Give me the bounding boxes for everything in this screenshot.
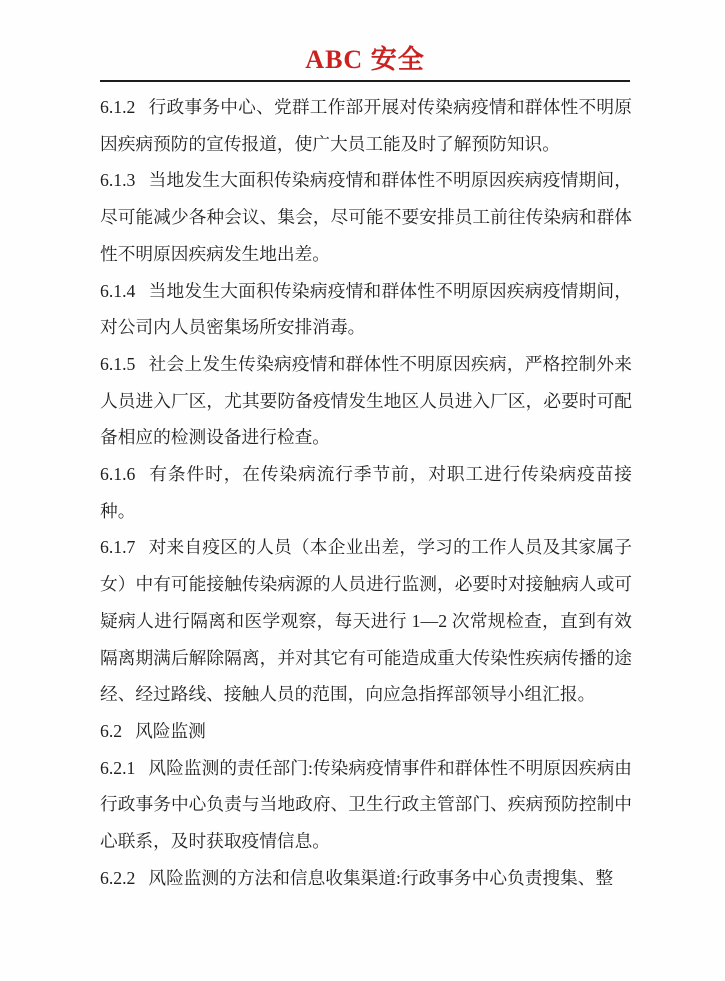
document-header: ABC 安全 bbox=[100, 0, 630, 75]
paragraph-number: 6.1.6 bbox=[100, 464, 135, 484]
paragraph-number: 6.1.4 bbox=[100, 281, 135, 301]
paragraph-6-1-5: 6.1.5社会上发生传染病疫情和群体性不明原因疾病，严格控制外来人员进入厂区，尤… bbox=[100, 346, 632, 456]
document-page: ABC 安全 6.1.2行政事务中心、党群工作部开展对传染病疫情和群体性不明原因… bbox=[0, 0, 725, 981]
section-heading-6-2: 6.2风险监测 bbox=[100, 713, 632, 750]
paragraph-number: 6.2.1 bbox=[100, 758, 135, 778]
paragraph-6-1-4: 6.1.4当地发生大面积传染病疫情和群体性不明原因疾病疫情期间，对公司内人员密集… bbox=[100, 273, 632, 346]
paragraph-text: 行政事务中心、党群工作部开展对传染病疫情和群体性不明原因疾病预防的宣传报道，使广… bbox=[100, 97, 632, 154]
document-body: 6.1.2行政事务中心、党群工作部开展对传染病疫情和群体性不明原因疾病预防的宣传… bbox=[100, 89, 632, 896]
paragraph-text: 社会上发生传染病疫情和群体性不明原因疾病，严格控制外来人员进入厂区，尤其要防备疫… bbox=[100, 354, 632, 447]
paragraph-number: 6.1.5 bbox=[100, 354, 135, 374]
paragraph-text: 对来自疫区的人员（本企业出差，学习的工作人员及其家属子女）中有可能接触传染病源的… bbox=[100, 537, 632, 704]
paragraph-6-1-3: 6.1.3当地发生大面积传染病疫情和群体性不明原因疾病疫情期间，尽可能减少各种会… bbox=[100, 162, 632, 272]
section-heading-text: 风险监测 bbox=[135, 721, 206, 741]
paragraph-6-2-1: 6.2.1风险监测的责任部门:传染病疫情事件和群体性不明原因疾病由行政事务中心负… bbox=[100, 750, 632, 860]
paragraph-6-1-7: 6.1.7对来自疫区的人员（本企业出差，学习的工作人员及其家属子女）中有可能接触… bbox=[100, 529, 632, 713]
paragraph-6-1-2: 6.1.2行政事务中心、党群工作部开展对传染病疫情和群体性不明原因疾病预防的宣传… bbox=[100, 89, 632, 162]
paragraph-number: 6.2 bbox=[100, 721, 122, 741]
paragraph-text: 有条件时，在传染病流行季节前，对职工进行传染病疫苗接种。 bbox=[100, 464, 632, 521]
paragraph-text: 风险监测的责任部门:传染病疫情事件和群体性不明原因疾病由行政事务中心负责与当地政… bbox=[100, 758, 632, 851]
page-title: ABC 安全 bbox=[305, 45, 424, 75]
paragraph-number: 6.2.2 bbox=[100, 868, 135, 888]
paragraph-text: 风险监测的方法和信息收集渠道:行政事务中心负责搜集、整 bbox=[148, 868, 613, 888]
paragraph-6-1-6: 6.1.6有条件时，在传染病流行季节前，对职工进行传染病疫苗接种。 bbox=[100, 456, 632, 529]
paragraph-number: 6.1.3 bbox=[100, 170, 135, 190]
paragraph-text: 当地发生大面积传染病疫情和群体性不明原因疾病疫情期间，对公司内人员密集场所安排消… bbox=[100, 281, 632, 338]
paragraph-text: 当地发生大面积传染病疫情和群体性不明原因疾病疫情期间，尽可能减少各种会议、集会，… bbox=[100, 170, 632, 263]
paragraph-number: 6.1.7 bbox=[100, 537, 135, 557]
header-divider bbox=[100, 80, 630, 82]
paragraph-number: 6.1.2 bbox=[100, 97, 135, 117]
paragraph-6-2-2: 6.2.2风险监测的方法和信息收集渠道:行政事务中心负责搜集、整 bbox=[100, 860, 632, 897]
